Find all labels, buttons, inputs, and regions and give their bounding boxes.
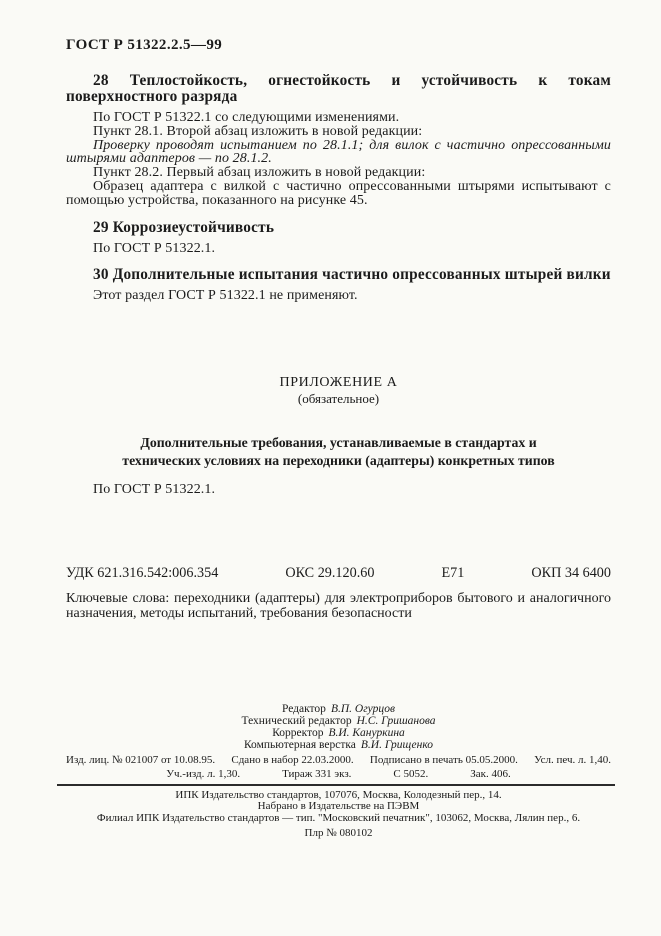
print-run: Тираж 331 экз. [282, 769, 351, 780]
section-30-heading: 30 Дополнительные испытания частично опр… [66, 267, 611, 283]
staff-role: Редактор [282, 703, 326, 715]
pub-sheets: Уч.-изд. л. 1,30. [166, 769, 240, 780]
appendix-note: (обязательное) [66, 392, 611, 406]
publisher-line: Плр № 080102 [66, 828, 611, 840]
keywords-paragraph: Ключевые слова: переходники (адаптеры) д… [66, 591, 611, 622]
c-number: С 5052. [393, 769, 428, 780]
staff-line-corrector: КорректорВ.И. Кануркина [66, 727, 611, 739]
publisher-block: ИПК Издательство стандартов, 107076, Мос… [66, 790, 611, 840]
print-info-row: Уч.-изд. л. 1,30. Тираж 331 экз. С 5052.… [66, 769, 611, 780]
paragraph: По ГОСТ Р 51322.1. [66, 242, 611, 256]
staff-line-layout: Компьютерная версткаВ.И. Грищенко [66, 739, 611, 751]
staff-line-tech-editor: Технический редакторН.С. Гришанова [66, 715, 611, 727]
staff-name: В.П. Огурцов [331, 703, 395, 715]
typeset-date: Сдано в набор 22.03.2000. [231, 755, 353, 766]
print-date: Подписано в печать 05.05.2000. [370, 755, 518, 766]
staff-name: Н.С. Гришанова [357, 715, 436, 727]
section-29-heading: 29 Коррозиеустойчивость [66, 220, 611, 236]
staff-name: В.И. Кануркина [328, 727, 404, 739]
appendix-title: Дополнительные требования, устанавливаем… [104, 434, 574, 470]
paragraph-italic: Проверку проводят испытанием по 28.1.1; … [66, 139, 611, 167]
appendix-label: ПРИЛОЖЕНИЕ А [66, 376, 611, 390]
paragraph: По ГОСТ Р 51322.1 со следующими изменени… [66, 111, 611, 125]
staff-name: В.И. Грищенко [361, 739, 433, 751]
document-page: ГОСТ Р 51322.2.5—99 28 Теплостойкость, о… [0, 0, 661, 936]
paragraph: Пункт 28.2. Первый абзац изложить в ново… [66, 166, 611, 180]
publisher-line: Филиал ИПК Издательство стандартов — тип… [66, 813, 611, 825]
divider-rule [57, 784, 615, 786]
staff-line-editor: РедакторВ.П. Огурцов [66, 703, 611, 715]
classification-row: УДК 621.316.542:006.354 ОКС 29.120.60 Е7… [66, 566, 611, 581]
staff-role: Технический редактор [242, 715, 352, 727]
okp-code: ОКП 34 6400 [531, 566, 611, 581]
print-license: Изд. лиц. № 021007 от 10.08.95. [66, 755, 215, 766]
print-info-row: Изд. лиц. № 021007 от 10.08.95. Сдано в … [66, 755, 611, 766]
staff-credits: РедакторВ.П. Огурцов Технический редакто… [66, 703, 611, 751]
paragraph: Образец адаптера с вилкой с частично опр… [66, 180, 611, 208]
order-number: Зак. 406. [470, 769, 511, 780]
print-sheets: Усл. печ. л. 1,40. [534, 755, 611, 766]
oks-code: ОКС 29.120.60 [285, 566, 374, 581]
staff-role: Компьютерная верстка [244, 739, 356, 751]
appendix-body: По ГОСТ Р 51322.1. [66, 483, 611, 497]
paragraph: Этот раздел ГОСТ Р 51322.1 не применяют. [66, 289, 611, 303]
udk-code: УДК 621.316.542:006.354 [66, 566, 218, 581]
section-28-heading: 28 Теплостойкость, огнестойкость и устой… [66, 73, 611, 105]
staff-role: Корректор [272, 727, 323, 739]
doc-number: ГОСТ Р 51322.2.5—99 [66, 38, 611, 53]
letter-code: Е71 [441, 566, 464, 581]
paragraph: Пункт 28.1. Второй абзац изложить в ново… [66, 125, 611, 139]
